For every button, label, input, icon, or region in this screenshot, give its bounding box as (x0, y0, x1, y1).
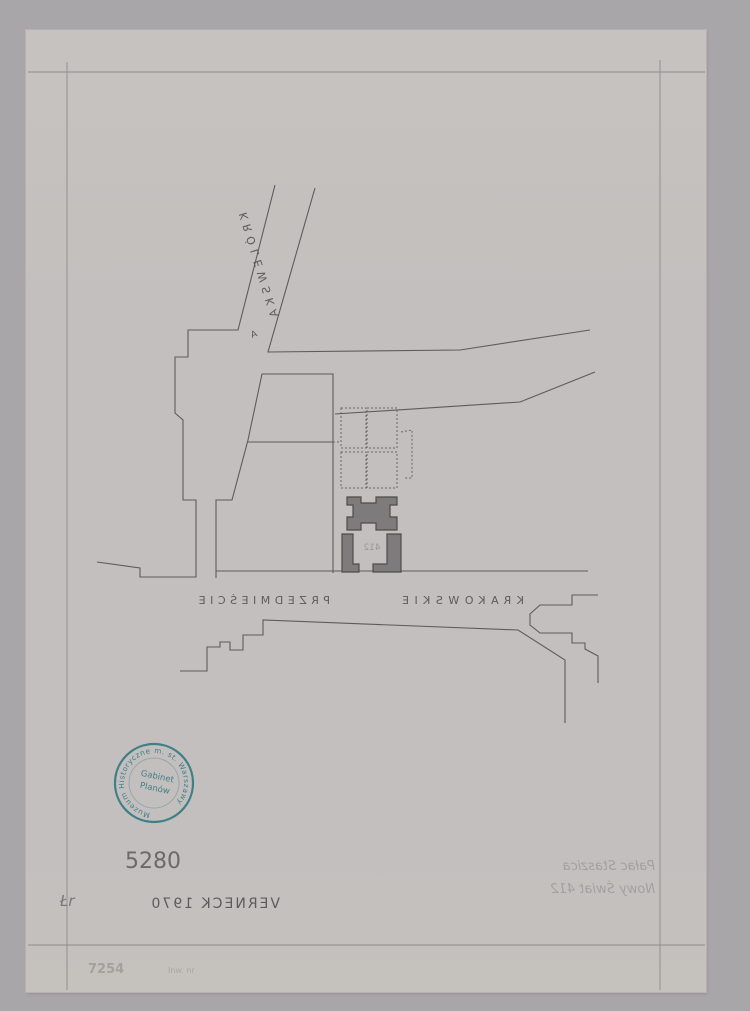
svg-text:VERNECK 1970: VERNECK 1970 (149, 896, 280, 912)
building-number: 412 (363, 543, 380, 553)
pencil-notes: Pałac Staszica Nowy Świat 412 (550, 859, 655, 897)
initials: Łr (59, 892, 75, 910)
krakowskie-label: KRAKOWSKIE PRZEDMIEŚCIE (194, 594, 524, 607)
dashed-outbuildings (333, 408, 412, 488)
bottom-faint-text: Inw. nr (168, 966, 195, 975)
svg-text:KRAKOWSKIE: KRAKOWSKIE (397, 594, 524, 607)
site-plan-drawing: 412 A KRÓLEWSKA KRAKOWSKIE PRZEDMIEŚCIE … (0, 0, 750, 1011)
inventory-number: 5280 (125, 849, 181, 874)
palace-buildings (342, 497, 401, 572)
bottom-number: 7254 (88, 962, 124, 977)
svg-text:Pałac Staszica: Pałac Staszica (563, 859, 655, 874)
svg-text:PRZEDMIEŚCIE: PRZEDMIEŚCIE (194, 594, 330, 607)
svg-text:Nowy Świat 412: Nowy Świat 412 (550, 881, 655, 897)
museum-stamp: Muzeum Historyczne m. st. Warszawy Gabin… (115, 744, 193, 822)
street-outlines (97, 185, 598, 723)
small-mark: A (250, 329, 260, 341)
mirrored-signature: VERNECK 1970 (149, 896, 280, 912)
